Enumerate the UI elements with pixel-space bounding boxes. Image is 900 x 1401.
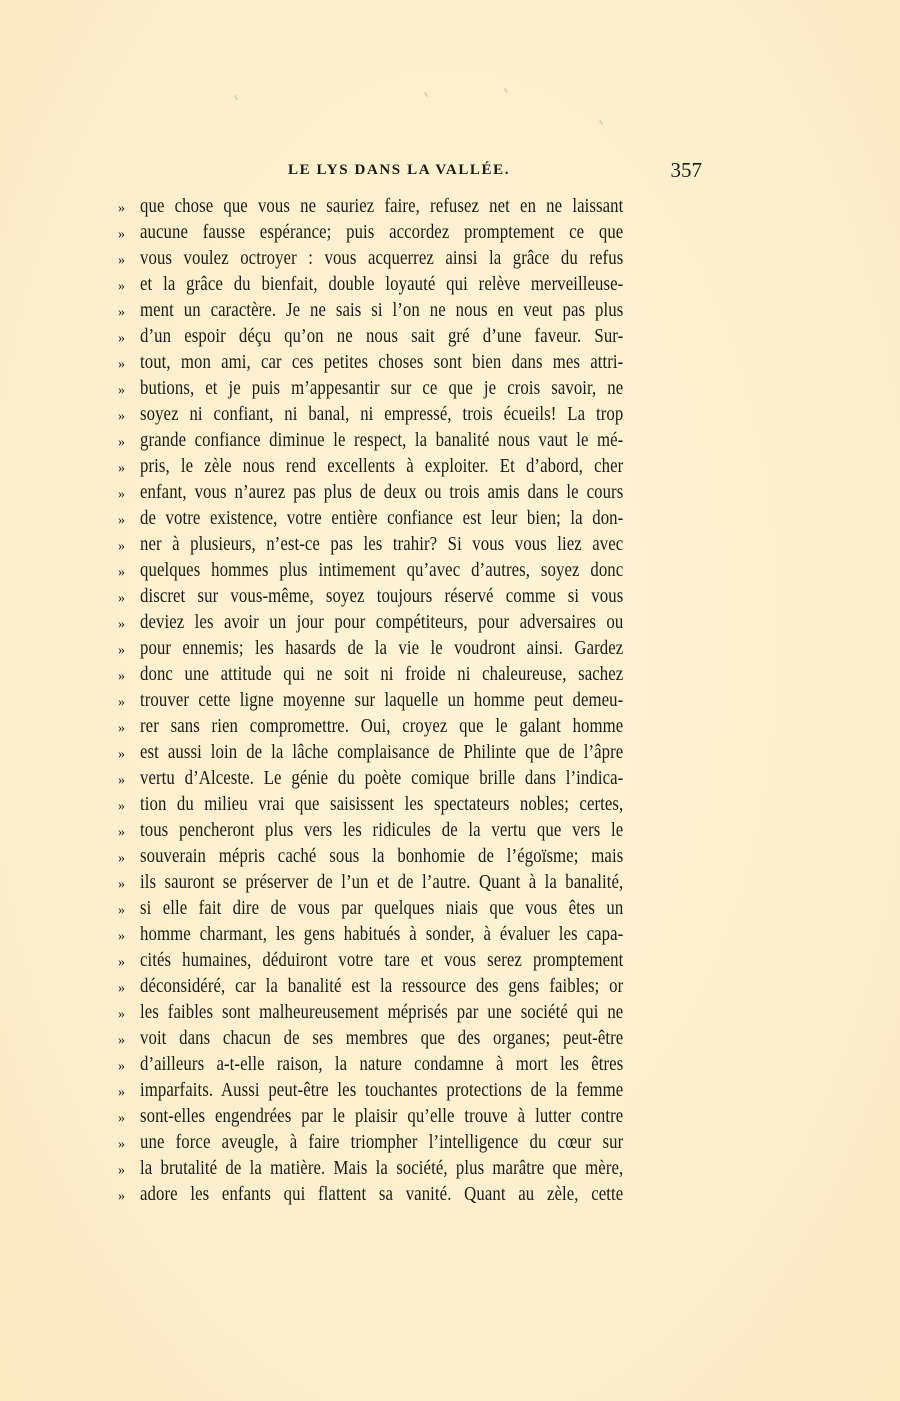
line-text: adore les enfants qui flattent sa vanité… xyxy=(140,1182,623,1208)
text-line: »tout, mon ami, car ces petites choses s… xyxy=(118,350,702,376)
running-header: LE LYS DANS LA VALLÉE. 357 xyxy=(118,160,702,186)
text-line: »ils sauront se préserver de l’un et de … xyxy=(118,870,702,896)
text-line: »est aussi loin de la lâche complaisance… xyxy=(118,740,702,766)
quote-mark: » xyxy=(118,820,140,846)
line-text: une force aveugle, à faire triompher l’i… xyxy=(140,1130,623,1156)
text-line: »la brutalité de la matière. Mais la soc… xyxy=(118,1156,702,1182)
quote-mark: » xyxy=(118,508,140,534)
text-line: »d’un espoir déçu qu’on ne nous sait gré… xyxy=(118,324,702,350)
paper-speck xyxy=(234,95,238,100)
line-text: sont-elles engendrées par le plaisir qu’… xyxy=(140,1104,623,1130)
quote-mark: » xyxy=(118,534,140,560)
line-text: discret sur vous-même, soyez toujours ré… xyxy=(140,584,623,610)
text-line: »déconsidéré, car la banalité est la res… xyxy=(118,974,702,1000)
line-text: soyez ni confiant, ni banal, ni empressé… xyxy=(140,402,623,428)
line-text: cités humaines, déduiront votre tare et … xyxy=(140,948,623,974)
quote-mark: » xyxy=(118,1106,140,1132)
quote-mark: » xyxy=(118,352,140,378)
paper-speck xyxy=(599,120,603,125)
line-text: butions, et je puis m’appesantir sur ce … xyxy=(140,376,623,402)
text-line: »aucune fausse espérance; puis accordez … xyxy=(118,220,702,246)
quote-mark: » xyxy=(118,742,140,768)
text-line: »d’ailleurs a-t-elle raison, la nature c… xyxy=(118,1052,702,1078)
quote-mark: » xyxy=(118,924,140,950)
quote-mark: » xyxy=(118,222,140,248)
line-text: homme charmant, les gens habitués à sond… xyxy=(140,922,623,948)
quote-mark: » xyxy=(118,872,140,898)
quote-mark: » xyxy=(118,794,140,820)
text-line: »quelques hommes plus intimement qu’avec… xyxy=(118,558,702,584)
quote-mark: » xyxy=(118,612,140,638)
line-text: pour ennemis; les hasards de la vie le v… xyxy=(140,636,623,662)
line-text: voit dans chacun de ses membres que des … xyxy=(140,1026,623,1052)
line-text: déconsidéré, car la banalité est la ress… xyxy=(140,974,623,1000)
quote-mark: » xyxy=(118,950,140,976)
text-line: »et la grâce du bienfait, double loyauté… xyxy=(118,272,702,298)
quote-mark: » xyxy=(118,1132,140,1158)
line-text: si elle fait dire de vous par quelques n… xyxy=(140,896,623,922)
text-line: »vous voulez octroyer : vous acquerrez a… xyxy=(118,246,702,272)
line-text: est aussi loin de la lâche complaisance … xyxy=(140,740,623,766)
line-text: ner à plusieurs, n’est-ce pas les trahir… xyxy=(140,532,623,558)
quote-mark: » xyxy=(118,1054,140,1080)
paper-speck xyxy=(424,92,428,97)
text-line: »deviez les avoir un jour pour compétite… xyxy=(118,610,702,636)
paper-speck xyxy=(504,88,508,93)
text-line: »grande confiance diminue le respect, la… xyxy=(118,428,702,454)
text-line: »si elle fait dire de vous par quelques … xyxy=(118,896,702,922)
text-line: »une force aveugle, à faire triompher l’… xyxy=(118,1130,702,1156)
quote-mark: » xyxy=(118,300,140,326)
quote-mark: » xyxy=(118,482,140,508)
quote-mark: » xyxy=(118,898,140,924)
line-text: ils sauront se préserver de l’un et de l… xyxy=(140,870,623,896)
running-title: LE LYS DANS LA VALLÉE. xyxy=(288,162,510,179)
text-line: »soyez ni confiant, ni banal, ni empress… xyxy=(118,402,702,428)
quote-mark: » xyxy=(118,560,140,586)
quote-mark: » xyxy=(118,664,140,690)
quote-mark: » xyxy=(118,690,140,716)
line-text: souverain mépris caché sous la bonhomie … xyxy=(140,844,623,870)
line-text: rer sans rien compromettre. Oui, croyez … xyxy=(140,714,623,740)
body-text: »que chose que vous ne sauriez faire, re… xyxy=(118,194,702,1208)
text-line: »discret sur vous-même, soyez toujours r… xyxy=(118,584,702,610)
text-line: »tion du milieu vrai que saisissent les … xyxy=(118,792,702,818)
text-line: »rer sans rien compromettre. Oui, croyez… xyxy=(118,714,702,740)
text-line: »butions, et je puis m’appesantir sur ce… xyxy=(118,376,702,402)
line-text: imparfaits. Aussi peut-être les touchant… xyxy=(140,1078,623,1104)
line-text: tion du milieu vrai que saisissent les s… xyxy=(140,792,623,818)
line-text: et la grâce du bienfait, double loyauté … xyxy=(140,272,623,298)
line-text: tout, mon ami, car ces petites choses so… xyxy=(140,350,623,376)
text-line: »voit dans chacun de ses membres que des… xyxy=(118,1026,702,1052)
text-line: »homme charmant, les gens habitués à son… xyxy=(118,922,702,948)
quote-mark: » xyxy=(118,976,140,1002)
quote-mark: » xyxy=(118,638,140,664)
text-line: »adore les enfants qui flattent sa vanit… xyxy=(118,1182,702,1208)
line-text: deviez les avoir un jour pour compétiteu… xyxy=(140,610,623,636)
text-line: »sont-elles engendrées par le plaisir qu… xyxy=(118,1104,702,1130)
text-line: »que chose que vous ne sauriez faire, re… xyxy=(118,194,702,220)
text-line: »les faibles sont malheureusement mépris… xyxy=(118,1000,702,1026)
line-text: vertu d’Alceste. Le génie du poète comiq… xyxy=(140,766,623,792)
line-text: la brutalité de la matière. Mais la soci… xyxy=(140,1156,623,1182)
quote-mark: » xyxy=(118,404,140,430)
line-text: trouver cette ligne moyenne sur laquelle… xyxy=(140,688,623,714)
text-line: »tous pencheront plus vers les ridicules… xyxy=(118,818,702,844)
line-text: donc une attitude qui ne soit ni froide … xyxy=(140,662,623,688)
quote-mark: » xyxy=(118,248,140,274)
quote-mark: » xyxy=(118,196,140,222)
book-page: LE LYS DANS LA VALLÉE. 357 »que chose qu… xyxy=(0,0,900,1401)
quote-mark: » xyxy=(118,326,140,352)
line-text: enfant, vous n’aurez pas plus de deux ou… xyxy=(140,480,623,506)
quote-mark: » xyxy=(118,430,140,456)
line-text: vous voulez octroyer : vous acquerrez ai… xyxy=(140,246,623,272)
text-line: »cités humaines, déduiront votre tare et… xyxy=(118,948,702,974)
line-text: grande confiance diminue le respect, la … xyxy=(140,428,623,454)
quote-mark: » xyxy=(118,1002,140,1028)
text-line: »trouver cette ligne moyenne sur laquell… xyxy=(118,688,702,714)
line-text: aucune fausse espérance; puis accordez p… xyxy=(140,220,623,246)
text-line: »enfant, vous n’aurez pas plus de deux o… xyxy=(118,480,702,506)
line-text: d’un espoir déçu qu’on ne nous sait gré … xyxy=(140,324,623,350)
text-line: »souverain mépris caché sous la bonhomie… xyxy=(118,844,702,870)
quote-mark: » xyxy=(118,768,140,794)
text-line: »ner à plusieurs, n’est-ce pas les trahi… xyxy=(118,532,702,558)
line-text: ment un caractère. Je ne sais si l’on ne… xyxy=(140,298,623,324)
text-line: »ment un caractère. Je ne sais si l’on n… xyxy=(118,298,702,324)
line-text: pris, le zèle nous rend excellents à exp… xyxy=(140,454,623,480)
line-text: tous pencheront plus vers les ridicules … xyxy=(140,818,623,844)
quote-mark: » xyxy=(118,586,140,612)
quote-mark: » xyxy=(118,846,140,872)
page-number: 357 xyxy=(671,158,703,183)
quote-mark: » xyxy=(118,378,140,404)
line-text: que chose que vous ne sauriez faire, ref… xyxy=(140,194,623,220)
quote-mark: » xyxy=(118,1080,140,1106)
quote-mark: » xyxy=(118,1184,140,1210)
text-line: »pris, le zèle nous rend excellents à ex… xyxy=(118,454,702,480)
quote-mark: » xyxy=(118,274,140,300)
text-line: »donc une attitude qui ne soit ni froide… xyxy=(118,662,702,688)
line-text: de votre existence, votre entière confia… xyxy=(140,506,623,532)
quote-mark: » xyxy=(118,456,140,482)
line-text: les faibles sont malheureusement méprisé… xyxy=(140,1000,623,1026)
quote-mark: » xyxy=(118,1028,140,1054)
text-line: »vertu d’Alceste. Le génie du poète comi… xyxy=(118,766,702,792)
line-text: d’ailleurs a-t-elle raison, la nature co… xyxy=(140,1052,623,1078)
text-line: »de votre existence, votre entière confi… xyxy=(118,506,702,532)
quote-mark: » xyxy=(118,716,140,742)
quote-mark: » xyxy=(118,1158,140,1184)
text-line: »pour ennemis; les hasards de la vie le … xyxy=(118,636,702,662)
line-text: quelques hommes plus intimement qu’avec … xyxy=(140,558,623,584)
text-line: »imparfaits. Aussi peut-être les touchan… xyxy=(118,1078,702,1104)
